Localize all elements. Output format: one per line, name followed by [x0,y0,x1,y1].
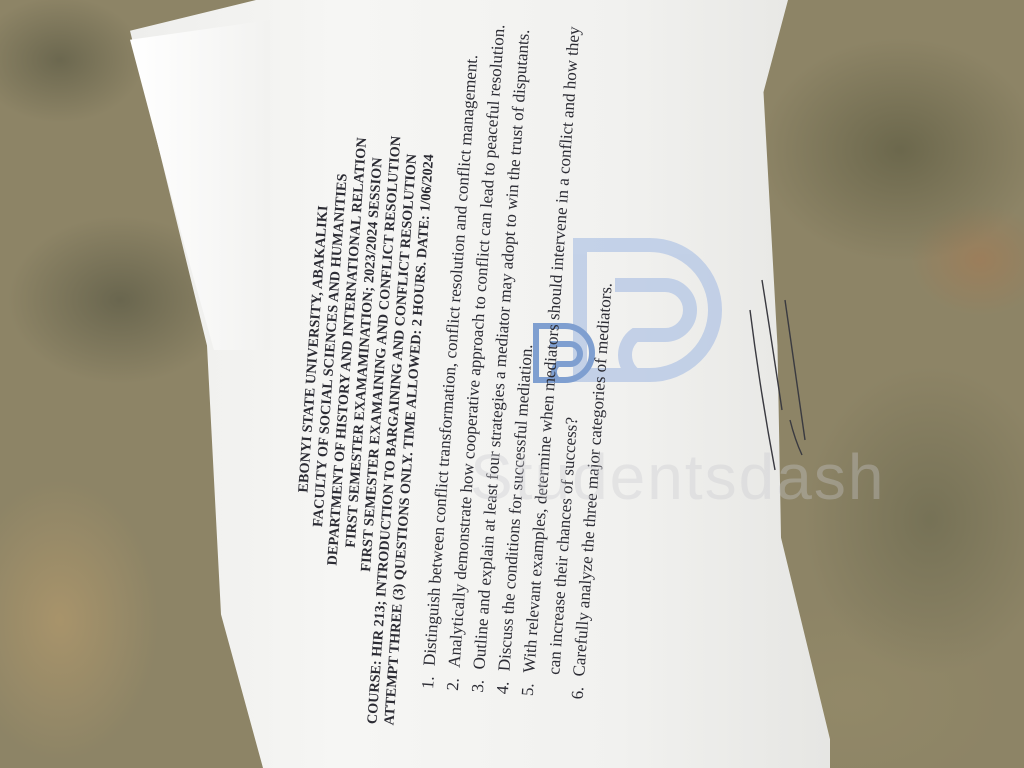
pen-marks [730,270,820,490]
paper-folded-corner [130,20,270,350]
question-list: Distinguish between conflict transformat… [415,9,637,702]
watermark-text-large: Studentsdash [470,440,885,514]
exam-content: EBONYI STATE UNIVERSITY, ABAKALIKI FACUL… [281,0,659,721]
